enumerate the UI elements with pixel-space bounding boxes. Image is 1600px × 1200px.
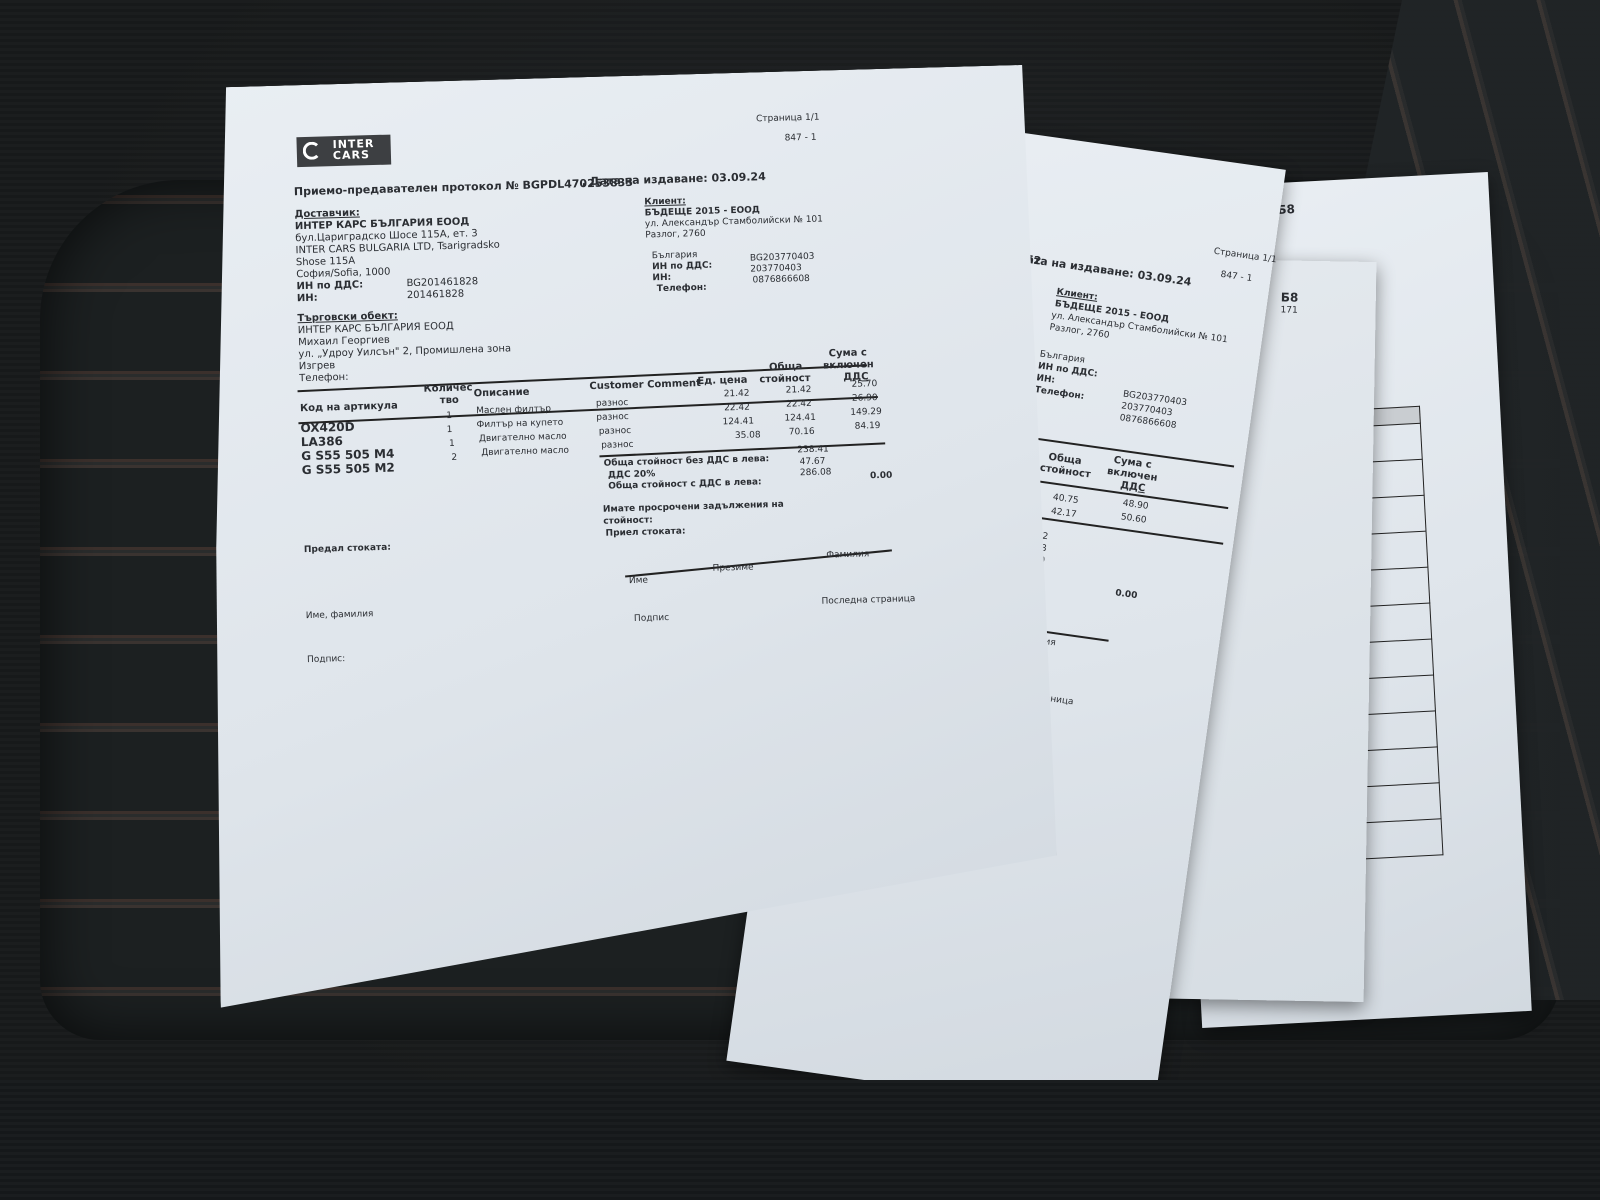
name-surname-label: Име, фамилия	[306, 609, 374, 621]
row-with-vat: 149.29	[850, 407, 882, 418]
intercars-logo-icon	[303, 142, 321, 160]
doc2-page: Страница 1/1	[1213, 247, 1277, 266]
client-phone: 0876866608	[752, 274, 810, 286]
doc2-id-label: ИН:	[1036, 373, 1056, 386]
row-qty: 1	[449, 439, 455, 449]
handed-goods-label: Предал стоката:	[304, 543, 391, 555]
logo-line-2: CARS	[333, 149, 391, 162]
doc2-ref: 847 - 1	[1220, 270, 1253, 284]
row-unit: 21.42	[724, 389, 750, 400]
client-phone-label: Телефон:	[657, 283, 707, 294]
client-city: Разлог, 2760	[645, 229, 706, 241]
col-qty: тво	[440, 395, 459, 407]
row-unit: 22.42	[724, 403, 750, 414]
net-total-label: Обща стойност без ДДС в лева:	[604, 454, 770, 469]
row-code: OX420D	[300, 420, 354, 436]
row-qty: 1	[446, 411, 452, 421]
doc1-date: , Дата на издаване: 03.09.24	[582, 170, 766, 188]
vat-total-label: ДДС 20%	[608, 469, 656, 480]
row-desc: Двигателно масло	[479, 432, 567, 444]
row-comment: разнос	[601, 440, 634, 451]
shop-area: Изгрев	[299, 360, 336, 372]
supplier-vat: BG201461828	[406, 276, 478, 289]
client-vat-label: ИН по ДДС:	[652, 261, 712, 273]
col-description: Описание	[473, 387, 529, 400]
row-code: G S55 505 M2	[302, 461, 395, 478]
row-with-vat: 25.70	[851, 379, 877, 390]
client-vat: BG203770403	[750, 252, 815, 264]
supplier-label: Доставчик:	[294, 207, 360, 220]
row-comment: разнос	[596, 398, 629, 409]
surname-label: Фамилия	[826, 549, 869, 560]
row-qty: 1	[447, 425, 453, 435]
col-total: стойност	[759, 373, 810, 385]
doc2-col-total: стойност	[1039, 463, 1091, 481]
doc2-date: , Дата на издаване: 03.09.24	[1008, 250, 1192, 288]
doc2-row-vat: 50.60	[1120, 512, 1147, 525]
doc2-phone-label: Телефон:	[1034, 385, 1085, 402]
row-total: 124.41	[784, 413, 816, 424]
row-desc: Маслен филтър	[476, 404, 551, 416]
under-fragment-name: Б8	[1281, 290, 1299, 304]
col-comment: Customer Comment	[589, 378, 701, 392]
client-country: България	[652, 250, 698, 261]
supplier-vat-label: ИН по ДДС:	[296, 279, 363, 292]
middle-name-label: Презиме	[712, 563, 753, 574]
last-page-label: Последна страница	[821, 594, 915, 607]
col-with-vat: Сума с	[829, 347, 867, 359]
under-fragment-phone: 171	[1280, 305, 1297, 315]
intercars-logo: INTER CARS	[296, 135, 391, 168]
col-with-vat: включен	[823, 359, 874, 371]
protocol-sheet-1: INTER CARS Страница 1/1 847 - 1 Приемо-п…	[195, 65, 1060, 1008]
sender-signature-label: Подпис:	[307, 654, 345, 665]
overdue-value: 0.00	[870, 471, 892, 482]
row-comment: разнос	[596, 412, 629, 423]
overdue-label: Имате просрочени задължения на	[603, 500, 784, 515]
supplier-city: София/Sofia, 1000	[296, 267, 391, 281]
row-total: 70.16	[789, 427, 815, 438]
row-code: LA386	[301, 434, 343, 449]
supplier-id: 201461828	[407, 289, 465, 302]
vat-total: 47.67	[800, 457, 826, 468]
row-desc: Филтър на купето	[476, 418, 563, 430]
row-with-vat: 26.90	[852, 393, 878, 404]
supplier-id-label: ИН:	[297, 293, 318, 305]
row-total: 21.42	[786, 385, 812, 396]
client-label: Клиент:	[644, 196, 686, 207]
overdue-label: стойност:	[603, 515, 653, 526]
receiver-signature-label: Подпис	[634, 613, 669, 624]
col-unit-price: Ед. цена	[697, 375, 747, 387]
row-unit: 35.08	[735, 430, 761, 441]
doc1-ref: 847 - 1	[785, 133, 817, 144]
seat-front-edge	[0, 1080, 1600, 1200]
doc2-row-total: 42.17	[1050, 507, 1077, 520]
row-comment: разнос	[599, 426, 632, 437]
doc2-overdue-value: 0.00	[1115, 588, 1138, 601]
doc2-row-total: 40.75	[1052, 493, 1079, 506]
row-unit: 124.41	[722, 417, 754, 428]
doc1-page: Страница 1/1	[756, 113, 820, 125]
client-id-label: ИН:	[652, 273, 671, 284]
row-total: 22.42	[786, 399, 812, 410]
col-code: Код на артикула	[300, 400, 398, 414]
row-qty: 2	[451, 453, 457, 463]
row-with-vat: 84.19	[855, 421, 881, 432]
row-desc: Двигателно масло	[481, 446, 569, 458]
col-total: Обща	[769, 361, 803, 373]
first-name-label: Име	[629, 576, 648, 587]
col-qty: Количес	[423, 382, 472, 394]
shop-phone-label: Телефон:	[299, 372, 349, 384]
received-goods-label: Приел стоката:	[605, 526, 685, 538]
doc2-row-vat: 48.90	[1122, 498, 1149, 511]
gross-total: 286.08	[800, 467, 832, 478]
supplier-address: Shose 115A	[296, 256, 356, 269]
net-total: 238.41	[797, 444, 829, 455]
client-id: 203770403	[750, 263, 802, 274]
